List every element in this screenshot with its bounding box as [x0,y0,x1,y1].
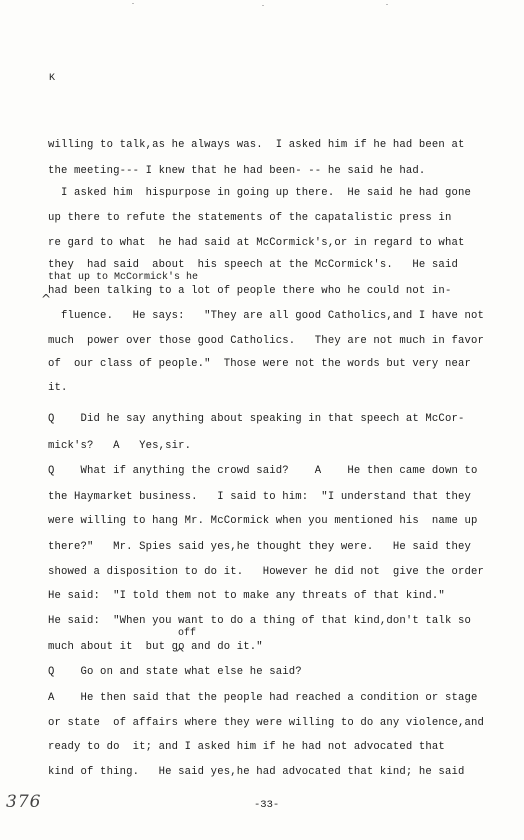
text-line: He said: "I told them not to make any th… [48,590,445,602]
text-line: willing to talk,as he always was. I aske… [48,139,464,151]
answer-line: A He then said that the people had reach… [48,692,477,704]
text-line: were willing to hang Mr. McCormick when … [48,515,477,527]
paper-speck [386,4,388,5]
text-line: showed a disposition to do it. However h… [48,566,484,578]
text-line: the meeting--- I knew that he had been- … [48,165,425,177]
text-line: there?" Mr. Spies said yes,he thought th… [48,541,471,553]
corner-mark: K [49,73,55,84]
text-line: or state of affairs where they were will… [48,717,484,729]
text-line: fluence. He says: "They are all good Cat… [48,310,484,322]
text-line: ready to do it; and I asked him if he ha… [48,741,445,753]
question-line: Q Did he say anything about speaking in … [48,413,464,425]
text-line: I asked him hispurpose in going up there… [48,187,471,199]
text-line: up there to refute the statements of the… [48,212,451,224]
text-line: the Haymarket business. I said to him: "… [48,491,471,503]
text-line: had been talking to a lot of people ther… [48,285,451,297]
document-page: K willing to talk,as he always was. I as… [0,0,524,840]
interlinear-insertion: that up to McCormick's he [48,273,198,283]
text-line: kind of thing. He said yes,he had advoca… [48,766,464,778]
text-line: they had said about his speech at the Mc… [48,259,458,271]
answer-line: mick's? A Yes,sir. [48,440,191,452]
text-line: much about it but go and do it." [48,641,263,653]
question-line: Q Go on and state what else he said? [48,666,302,678]
text-line: He said: "When you want to do a thing of… [48,615,471,627]
paper-speck [262,5,264,6]
text-line: of our class of people." Those were not … [48,358,471,370]
page-number: -33- [254,799,279,811]
text-line: it. [48,382,68,394]
question-line: Q What if anything the crowd said? A He … [48,465,477,477]
handwritten-folio-number: 376 [6,792,41,812]
interlinear-insertion: off [178,629,196,639]
paper-speck [132,3,134,4]
text-line: re gard to what he had said at McCormick… [48,237,464,249]
text-line: much power over those good Catholics. Th… [48,335,484,347]
